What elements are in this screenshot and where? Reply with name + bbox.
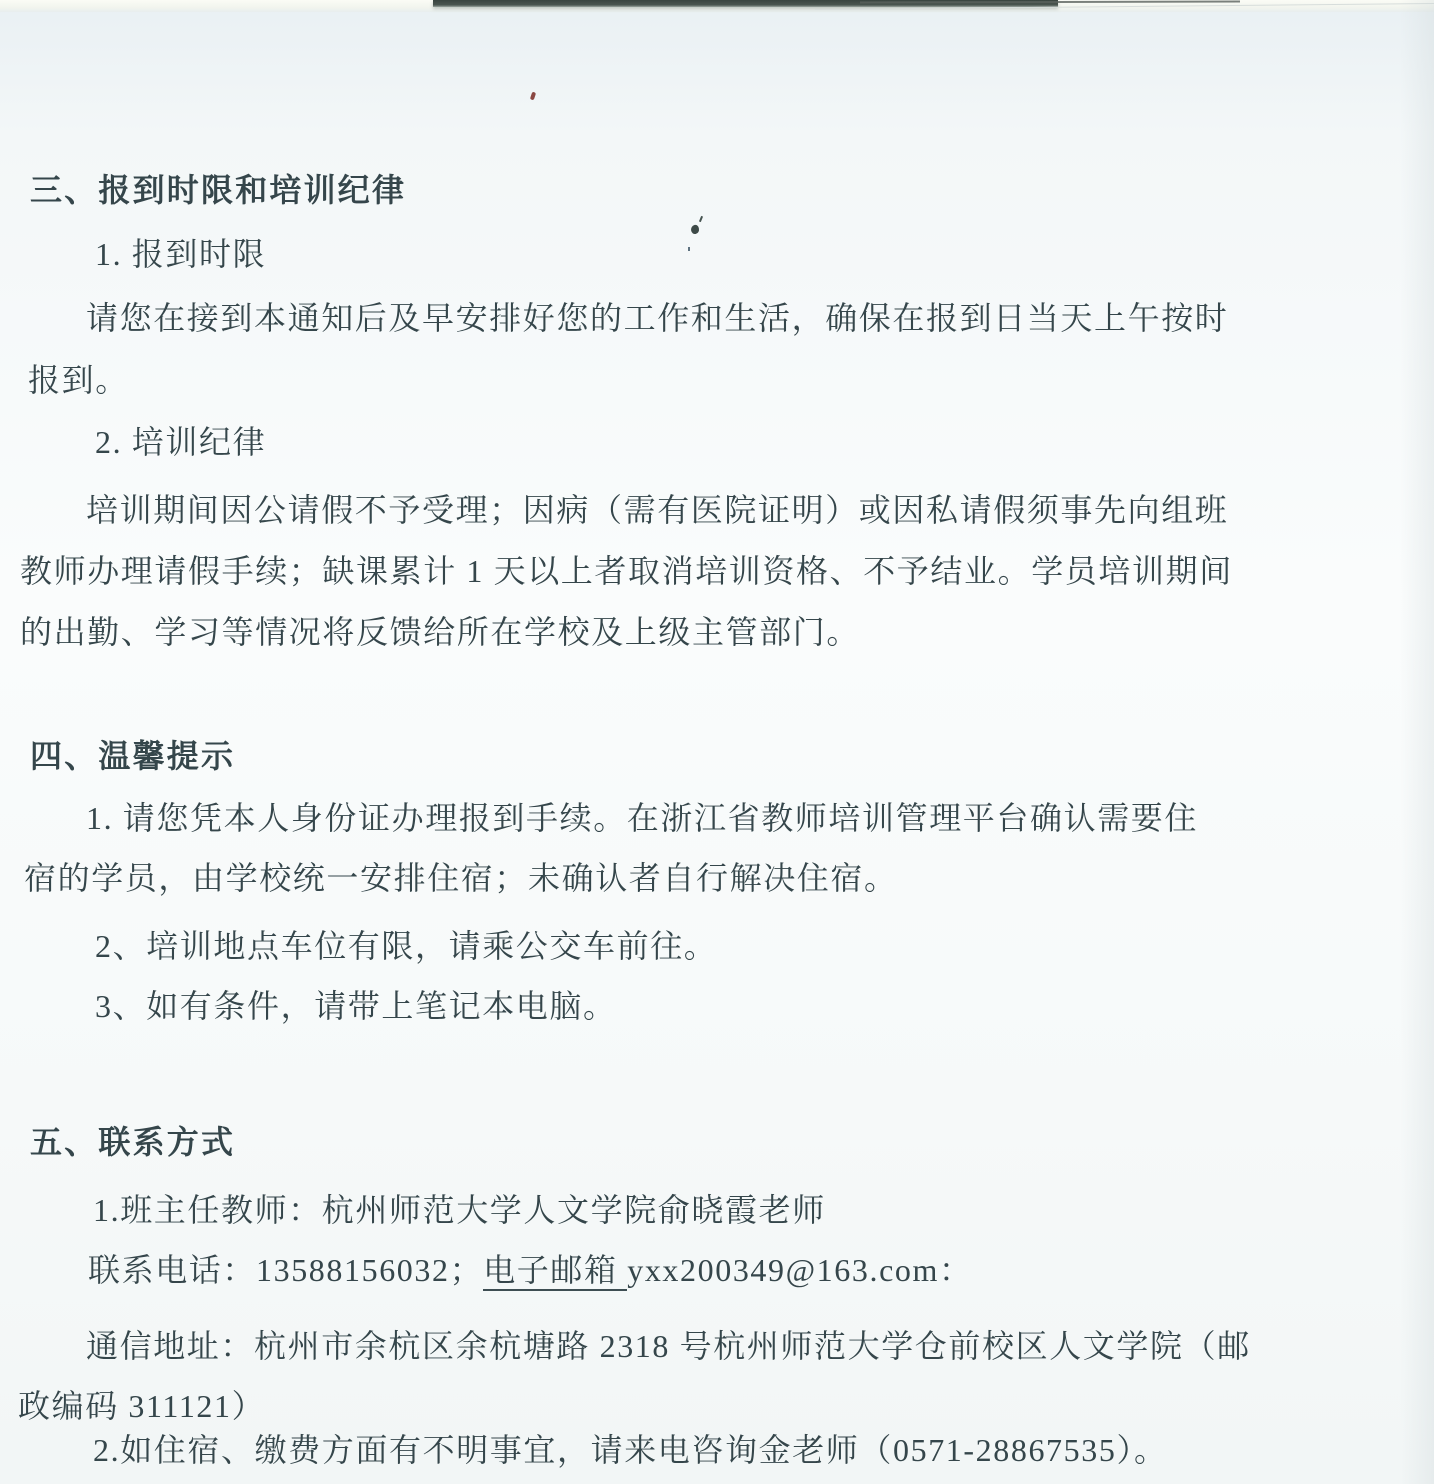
scanned-notice-page: { "colors": { "ink": "#35464b", "paper_t… (0, 0, 1434, 1484)
tip-2: 2、培训地点车位有限，请乘公交车前往。 (95, 926, 717, 966)
contact-phone: 联系电话：13588156032； (88, 1252, 483, 1288)
section-heading-tips: 四、温馨提示 (30, 736, 235, 776)
scan-speck-tick (699, 216, 703, 222)
contact-teacher-line: 1.班主任教师：杭州师范大学人文学院俞晓霞老师 (93, 1190, 826, 1230)
section-heading-contact: 五、联系方式 (30, 1122, 235, 1162)
paper-right-edge-shade (1400, 0, 1434, 1484)
email-address: yxx200349@163.com： (627, 1252, 972, 1288)
scan-speck-dark (690, 224, 700, 234)
tip-3: 3、如有条件，请带上笔记本电脑。 (95, 986, 617, 1026)
contact-inquiry-line: 2.如住宿、缴费方面有不明事宜，请来电咨询金老师（0571-28867535）。 (93, 1430, 1168, 1470)
paragraph-report-deadline-line2: 报到。 (28, 360, 129, 400)
tip-1-line1: 1. 请您凭本人身份证办理报到手续。在浙江省教师培训管理平台确认需要住 (86, 798, 1198, 838)
paragraph-discipline-line2: 教师办理请假手续；缺课累计 1 天以上者取消培训资格、不予结业。学员培训期间 (20, 551, 1233, 591)
paragraph-report-deadline-line1: 请您在接到本通知后及早安排好您的工作和生活，确保在报到日当天上午按时 (86, 298, 1228, 338)
contact-phone-email-line: 联系电话：13588156032；电子邮箱 yxx200349@163.com： (88, 1250, 973, 1290)
paragraph-discipline-line1: 培训期间因公请假不予受理；因病（需有医院证明）或因私请假须事先向组班 (86, 490, 1228, 530)
section-heading-report-time-discipline: 三、报到时限和培训纪律 (30, 170, 406, 210)
scan-speck-dot (688, 247, 690, 251)
email-label-underlined: 电子邮箱 (483, 1252, 627, 1291)
contact-address-line2-postcode: 政编码 311121） (18, 1386, 265, 1426)
tip-1-line2: 宿的学员，由学校统一安排住宿；未确认者自行解决住宿。 (24, 858, 898, 898)
subitem-training-discipline: 2. 培训纪律 (95, 422, 266, 462)
paragraph-discipline-line3: 的出勤、学习等情况将反馈给所在学校及上级主管部门。 (20, 612, 860, 652)
scan-speck-red (530, 92, 536, 101)
contact-address-line1: 通信地址：杭州市余杭区余杭塘路 2318 号杭州师范大学仓前校区人文学院（邮 (86, 1326, 1251, 1366)
subitem-report-deadline: 1. 报到时限 (95, 234, 266, 274)
